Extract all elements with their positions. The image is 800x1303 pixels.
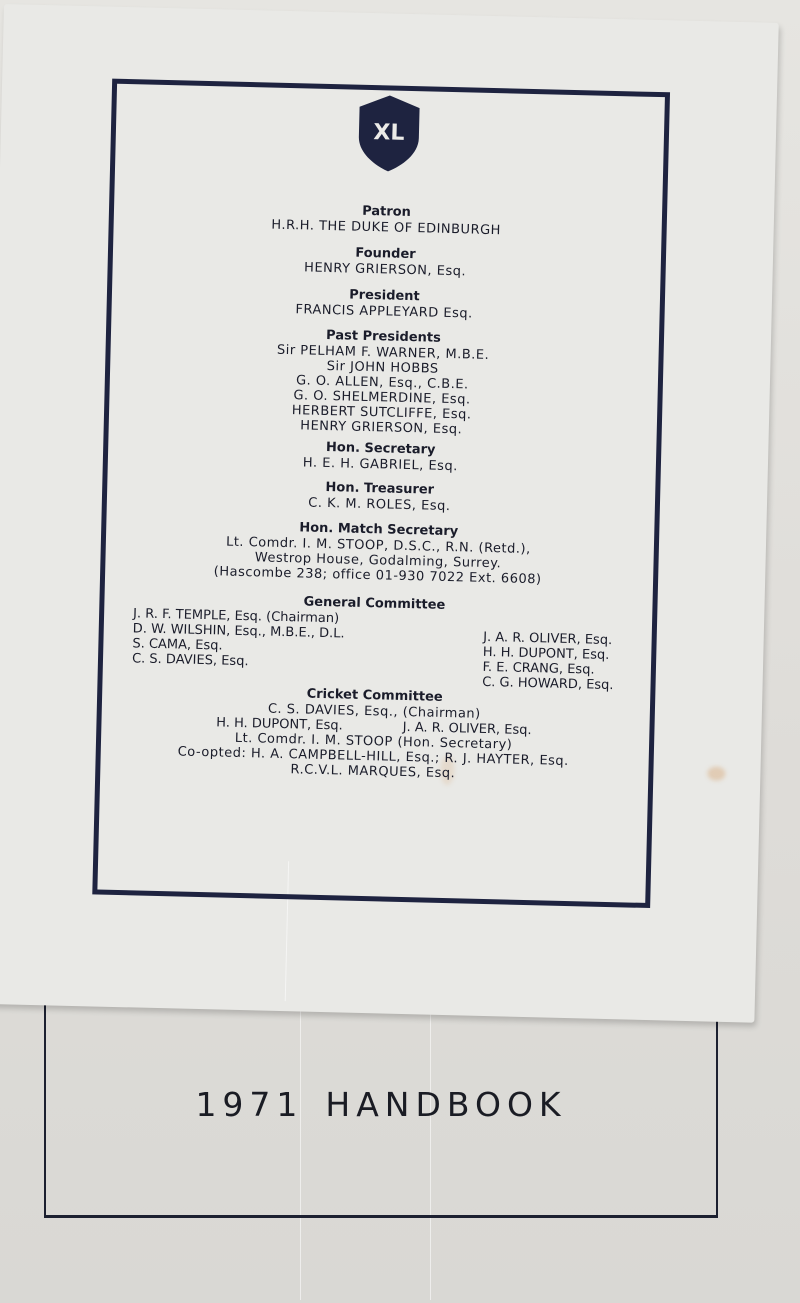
club-crest: XL [355,93,421,175]
svg-text:XL: XL [373,120,405,146]
shield-icon: XL [355,93,421,175]
cover-frame: 1971HANDBOOK [44,985,718,1218]
past-presidents-section: Past Presidents Sir PELHAM F. WARNER, M.… [0,319,771,445]
cover-year: 1971 [195,1085,303,1124]
officers-page: XL Patron H.R.H. THE DUKE OF EDINBURGH F… [0,4,779,1023]
general-committee-left: J. R. F. TEMPLE, Esq. (Chairman) D. W. W… [131,606,345,686]
cover-title: 1971HANDBOOK [46,1085,716,1124]
cricket-committee-section: Cricket Committee C. S. DAVIES, Esq., (C… [0,678,762,789]
general-committee-section: General Committee J. R. F. TEMPLE, Esq. … [117,589,629,693]
cover-title-text: HANDBOOK [325,1085,566,1124]
general-committee-right: J. A. R. OLIVER, Esq. H. H. DUPONT, Esq.… [482,615,615,693]
